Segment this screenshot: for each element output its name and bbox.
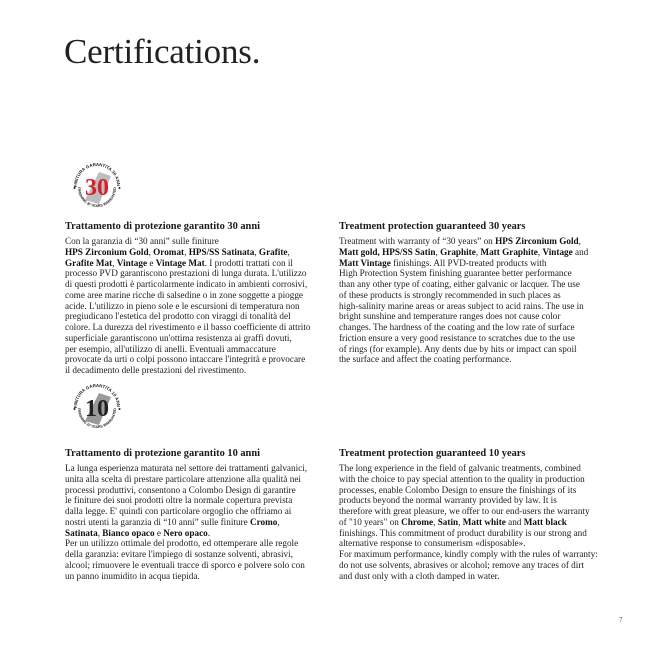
page-number: 7 bbox=[619, 616, 623, 624]
text-line: friction ensure a very good resistance t… bbox=[339, 333, 611, 344]
text-line: the surface and affect the coating perfo… bbox=[339, 354, 611, 365]
text-line: with the choice to pay special attention… bbox=[339, 474, 611, 485]
text-line: per esempio, all'utilizzo di anelli. Eve… bbox=[65, 344, 337, 355]
section-it-10-years: Trattamento di protezione garantito 10 a… bbox=[65, 447, 337, 581]
text-line: colore. La durezza del rivestimento e il… bbox=[65, 322, 337, 333]
text-line: di questi prodotti è particolarmente ind… bbox=[65, 279, 337, 290]
section-body: Treatment with warranty of “30 years” on… bbox=[339, 236, 611, 365]
section-heading: Treatment protection guaranteed 10 years bbox=[339, 447, 611, 460]
warranty-10-years-badge-icon: FINITURA GARANTITA 10 ANNI FINISHING 10 … bbox=[69, 379, 125, 435]
text-line: acide. L'utilizzo in pieno sole e le esc… bbox=[65, 301, 337, 312]
text-line: High Protection System finishing guarant… bbox=[339, 268, 611, 279]
text-line: Grafite Mat, Vintage e Vintage Mat. I pr… bbox=[65, 258, 337, 269]
section-heading: Trattamento di protezione garantito 30 a… bbox=[65, 220, 337, 233]
section-heading: Treatment protection guaranteed 30 years bbox=[339, 220, 611, 233]
text-line: The long experience in the field of galv… bbox=[339, 463, 611, 474]
text-line: therefore with great pleasure, we offer … bbox=[339, 506, 611, 517]
text-line: HPS Zirconium Gold, Oromat, HPS/SS Satin… bbox=[65, 247, 337, 258]
text-line: For maximum performance, kindly comply w… bbox=[339, 549, 611, 560]
text-line: come aree marine ricche di salsedine o i… bbox=[65, 290, 337, 301]
text-line: finishings. This commitment of product d… bbox=[339, 528, 611, 539]
warranty-10-years-badge: FINITURA GARANTITA 10 ANNI FINISHING 10 … bbox=[69, 379, 125, 435]
text-line: provocate da urti o colpi possono intacc… bbox=[65, 354, 337, 365]
text-line: alternative response to consumerism «dis… bbox=[339, 538, 611, 549]
text-line: La lunga esperienza maturata nel settore… bbox=[65, 463, 337, 474]
text-line: products beyond the normal warranty prov… bbox=[339, 495, 611, 506]
text-line: of rings (for example). Any dents due by… bbox=[339, 344, 611, 355]
text-line: superficiale garantiscono un'ottima resi… bbox=[65, 333, 337, 344]
section-it-30-years: Trattamento di protezione garantito 30 a… bbox=[65, 220, 337, 376]
text-line: nostri utenti la garanzia di “10 anni” s… bbox=[65, 517, 337, 528]
text-line: dalla legge. E' quindi con particolare o… bbox=[65, 506, 337, 517]
warranty-30-years-badge-icon: FINITURA GARANTITA 30 ANNI FINISHING 30 … bbox=[69, 158, 125, 214]
svg-text:30: 30 bbox=[85, 175, 109, 201]
text-line: high-salinity marine areas or areas subj… bbox=[339, 301, 611, 312]
section-heading: Trattamento di protezione garantito 10 a… bbox=[65, 447, 337, 460]
warranty-30-years-badge: FINITURA GARANTITA 30 ANNI FINISHING 30 … bbox=[69, 158, 125, 214]
text-line: processo PVD garantiscono prestazioni di… bbox=[65, 268, 337, 279]
text-line: Per un utilizzo ottimale del prodotto, e… bbox=[65, 538, 337, 549]
text-line: Treatment with warranty of “30 years” on… bbox=[339, 236, 611, 247]
text-line: Matt gold, HPS/SS Satin, Graphite, Matt … bbox=[339, 247, 611, 258]
text-line: than any other type of coating, either g… bbox=[339, 279, 611, 290]
text-line: Satinata, Bianco opaco e Nero opaco. bbox=[65, 528, 337, 539]
text-line: pregiudicano l'estetica del prodotto con… bbox=[65, 311, 337, 322]
text-line: Matt Vintage finishings. All PVD-treated… bbox=[339, 258, 611, 269]
text-line: processes, enable Colombo Design to ensu… bbox=[339, 485, 611, 496]
text-line: un panno inumidito in acqua tiepida. bbox=[65, 571, 337, 582]
text-line: alcool; rimuovere le eventuali tracce di… bbox=[65, 560, 337, 571]
text-line: of these products is strongly recommende… bbox=[339, 290, 611, 301]
text-line: changes. The hardness of the coating and… bbox=[339, 322, 611, 333]
text-line: bright sunshine and temperature ranges d… bbox=[339, 311, 611, 322]
text-line: and dust only with a cloth damped in wat… bbox=[339, 571, 611, 582]
page-title: Certifications. bbox=[64, 30, 260, 74]
section-body: Con la garanzia di “30 anni” sulle finit… bbox=[65, 236, 337, 376]
section-en-30-years: Treatment protection guaranteed 30 years… bbox=[339, 220, 611, 365]
text-line: unita alla scelta di prestare particolar… bbox=[65, 474, 337, 485]
section-body: La lunga esperienza maturata nel settore… bbox=[65, 463, 337, 581]
text-line: le finiture dei suoi prodotti oltre la n… bbox=[65, 495, 337, 506]
text-line: Con la garanzia di “30 anni” sulle finit… bbox=[65, 236, 337, 247]
text-line: il decadimento delle prestazioni del riv… bbox=[65, 365, 337, 376]
section-en-10-years: Treatment protection guaranteed 10 years… bbox=[339, 447, 611, 581]
text-line: of "10 years" on Chrome, Satin, Matt whi… bbox=[339, 517, 611, 528]
svg-text:10: 10 bbox=[85, 396, 109, 422]
text-line: della garanzia: evitare l'impiego di sos… bbox=[65, 549, 337, 560]
text-line: do not use solvents, abrasives or alcoho… bbox=[339, 560, 611, 571]
section-body: The long experience in the field of galv… bbox=[339, 463, 611, 581]
text-line: processi produttivi, consentono a Colomb… bbox=[65, 485, 337, 496]
